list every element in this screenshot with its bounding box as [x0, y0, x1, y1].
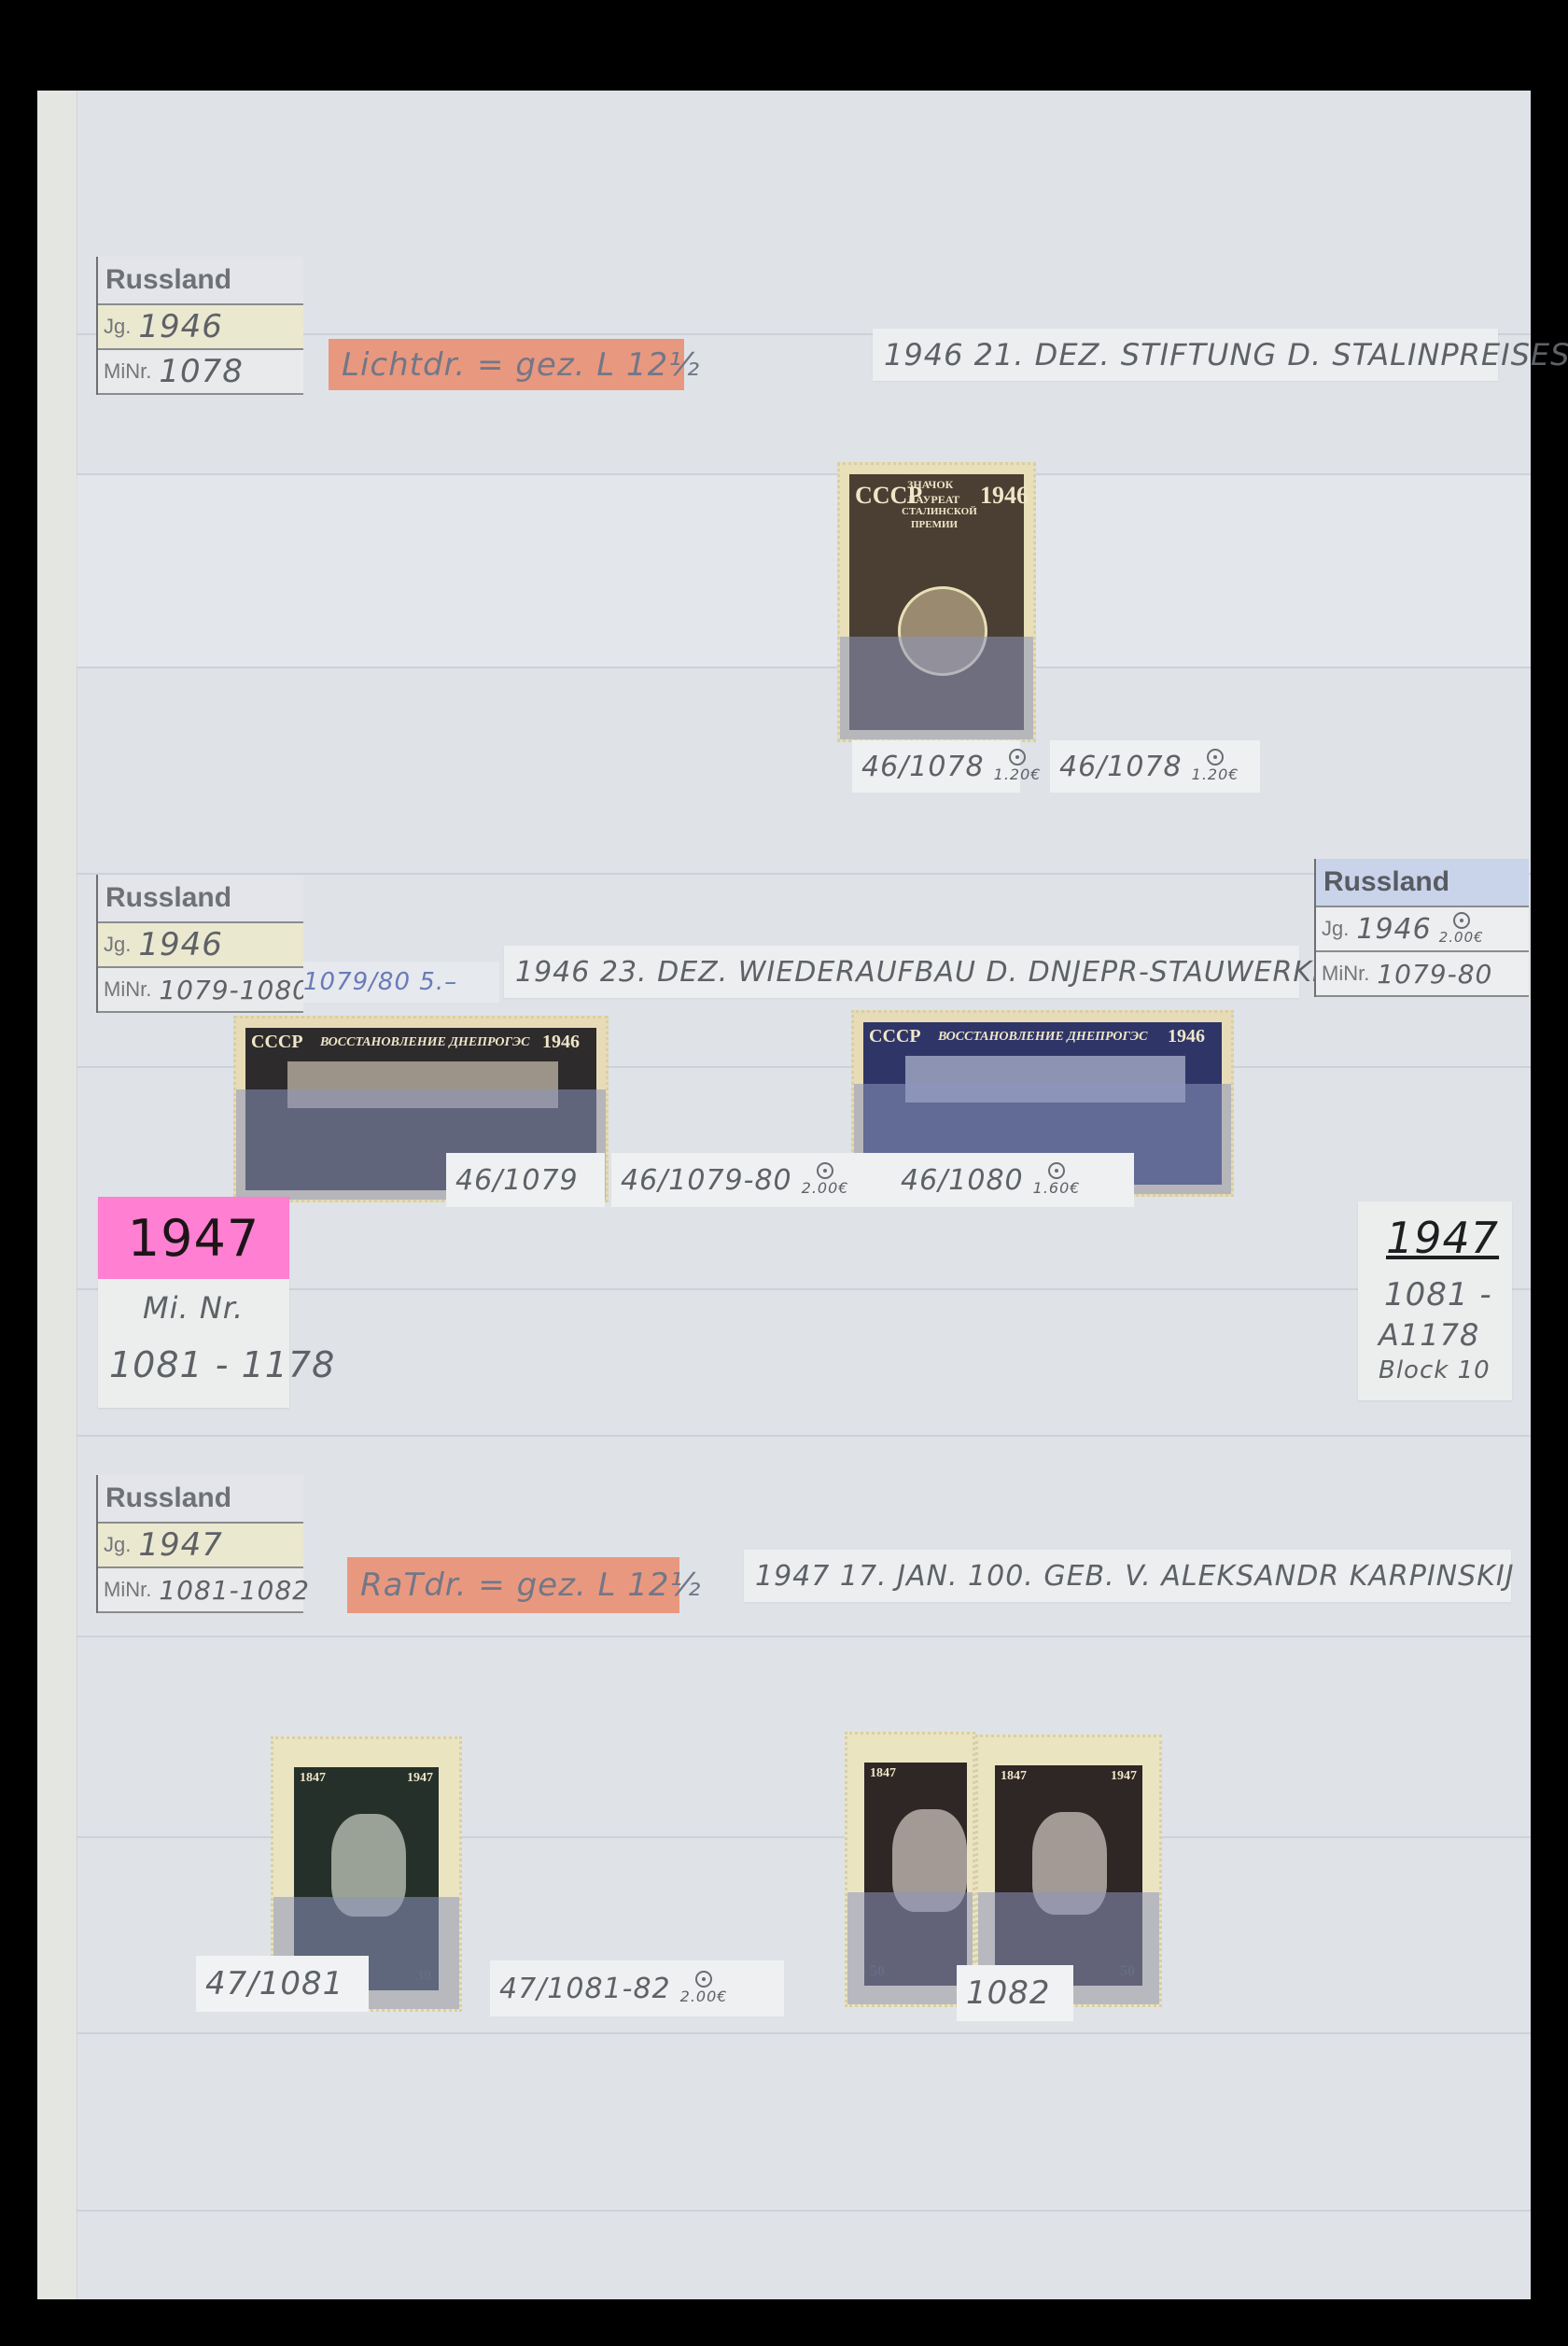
stamp-text: 1947 [1111, 1769, 1137, 1784]
note-price: 2.00€ [680, 1988, 728, 2006]
page-binding [37, 91, 77, 2299]
year-row: Jg. 1946 2.00€ [1316, 907, 1529, 952]
country-name: Russland [1316, 859, 1529, 907]
stamp-text: ЗНАЧОК [907, 478, 953, 492]
catalog-row: MiNr. 1081-1082 [98, 1568, 303, 1613]
issue-title: 1947 17. Jan. 100. Geb. v. Aleksandr Kar… [744, 1550, 1511, 1602]
country-name: Russland [98, 875, 303, 923]
catalog-value: 1079-80 [1377, 959, 1492, 990]
year-row: Jg. 1947 [98, 1524, 303, 1568]
glassine-overlay [847, 1892, 973, 2004]
catalog-row: MiNr. 1078 [98, 350, 303, 395]
strip-line [77, 1435, 1531, 1437]
note-price: 2.00€ [802, 1179, 849, 1198]
perforation-note: RaTdr. = gez. L 12½ [347, 1557, 679, 1613]
note-price: 1.20€ [994, 766, 1042, 784]
strip-line [77, 667, 1531, 668]
note-price-block: 1.60€ [1033, 1162, 1081, 1198]
used-mark-icon [817, 1162, 833, 1179]
country-label-1078: Russland Jg. 1946 MiNr. 1078 [96, 257, 303, 395]
year-row: Jg. 1946 [98, 305, 303, 350]
used-mark-icon [1453, 912, 1470, 929]
note-price-block: 2.00€ [802, 1162, 849, 1198]
country-name: Russland [98, 257, 303, 305]
note-number: 1082 [966, 1974, 1051, 2012]
strip-band [77, 475, 1531, 667]
stamp-text: 1947 [407, 1771, 433, 1786]
country-label-1079-1080: Russland Jg. 1946 MiNr. 1079-1080 [96, 875, 303, 1013]
year-key: Jg. [104, 315, 131, 339]
stamp-text: 1946 [542, 1032, 580, 1053]
price-note: 47/1081-82 2.00€ [490, 1960, 784, 2016]
catalog-row: MiNr. 1079-80 [1316, 952, 1529, 997]
catalog-key: MiNr. [104, 1578, 151, 1602]
note-number: 46/1078 [861, 751, 985, 783]
stamp-text: ЛАУРЕАТ [907, 493, 959, 507]
side-note-text: 1079/80 5.– [303, 968, 457, 996]
stamp-1082-left[interactable]: 1847 50 [845, 1732, 975, 2007]
year-key: Jg. [104, 933, 131, 957]
year-value: 1947 [138, 1526, 223, 1564]
year-extra-price: 2.00€ [1439, 929, 1484, 946]
year-marker-line3: Block 10 [1379, 1356, 1491, 1384]
year-marker-line2: 1081 - 1178 [109, 1344, 335, 1385]
used-mark-icon [1207, 749, 1224, 766]
catalog-key: MiNr. [104, 359, 151, 384]
catalog-value: 1079-1080 [159, 975, 310, 1005]
note-number: 47/1081 [205, 1965, 343, 2002]
note-price: 1.60€ [1033, 1179, 1081, 1198]
year-highlight: 1947 [98, 1197, 289, 1279]
issue-title-text: 1946 21. Dez. Stiftung d. Stalinpreises [884, 337, 1568, 372]
price-note: 46/1079 [446, 1153, 605, 1207]
note-number: 47/1081-82 [499, 1973, 671, 2005]
perforation-text: Lichtdr. = gez. L 12½ [342, 346, 700, 384]
note-price: 1.20€ [1192, 766, 1239, 784]
strip-line [77, 1288, 1531, 1290]
year-marker-right: 1947 1081 - A1178 Block 10 [1358, 1201, 1512, 1400]
stamp-text: ВОССТАНОВЛЕНИЕ ДНЕПРОГЭС [320, 1035, 529, 1050]
perforation-note: Lichtdr. = gez. L 12½ [329, 339, 684, 390]
year-marker-line1: Mi. Nr. [143, 1290, 244, 1326]
issue-title-text: 1946 23. Dez. Wiederaufbau d. Dnjepr-Sta… [515, 956, 1350, 989]
note-number: 46/1079-80 [621, 1164, 792, 1197]
stamp-text: СССР [251, 1032, 303, 1053]
used-mark-icon [1009, 749, 1026, 766]
catalog-value: 1078 [159, 353, 244, 390]
year-marker-year: 1947 [128, 1209, 259, 1268]
stamp-text: 1847 [300, 1771, 326, 1786]
strip-line [77, 1636, 1531, 1637]
issue-title-text: 1947 17. Jan. 100. Geb. v. Aleksandr Kar… [755, 1560, 1515, 1593]
note-price-block: 1.20€ [1192, 749, 1239, 784]
catalog-key: MiNr. [1322, 962, 1369, 986]
issue-title: 1946 23. Dez. Wiederaufbau d. Dnjepr-Sta… [504, 946, 1299, 998]
note-number: 46/1079 [455, 1164, 579, 1197]
country-label-right: Russland Jg. 1946 2.00€ MiNr. 1079-80 [1314, 859, 1529, 997]
stamp-text: СССР [869, 1026, 921, 1047]
year-value: 1946 [138, 308, 223, 345]
catalog-key: MiNr. [104, 977, 151, 1002]
note-price-block: 1.20€ [994, 749, 1042, 784]
stamp-text: 1847 [1001, 1769, 1027, 1784]
price-note: 47/1081 [196, 1956, 369, 2012]
used-mark-icon [695, 1971, 712, 1988]
perforation-text: RaTdr. = gez. L 12½ [360, 1566, 702, 1604]
price-note: 46/1079-80 2.00€ [611, 1153, 891, 1207]
price-note: 46/1080 1.60€ [891, 1153, 1134, 1207]
note-number: 46/1080 [901, 1164, 1024, 1197]
year-key: Jg. [1322, 917, 1349, 941]
country-name: Russland [98, 1475, 303, 1524]
used-mark-icon [1048, 1162, 1065, 1179]
price-note: 1082 [957, 1965, 1073, 2021]
stamp-1078[interactable]: СССР ЗНАЧОК ЛАУРЕАТ СТАЛИНСКОЙ ПРЕМИИ 19… [837, 462, 1036, 742]
note-price-block: 2.00€ [680, 1971, 728, 2006]
strip-line [77, 2032, 1531, 2034]
stamp-text: СТАЛИНСКОЙ [902, 506, 977, 517]
year-marker-left: 1947 Mi. Nr. 1081 - 1178 [98, 1197, 289, 1408]
year-marker-line1: 1081 - [1384, 1276, 1492, 1313]
catalog-row: MiNr. 1079-1080 [98, 968, 303, 1013]
stamp-text: 1946 [980, 482, 1029, 510]
side-note: 1079/80 5.– [303, 962, 499, 1003]
price-note: 46/1078 1.20€ [852, 740, 1020, 793]
year-key: Jg. [104, 1533, 131, 1557]
year-marker-line2: A1178 [1379, 1317, 1479, 1353]
issue-title: 1946 21. Dez. Stiftung d. Stalinpreises [873, 329, 1498, 381]
catalog-value: 1081-1082 [159, 1575, 310, 1606]
stamp-text: 1847 [870, 1766, 896, 1781]
year-row: Jg. 1946 [98, 923, 303, 968]
stamp-text: ВОССТАНОВЛЕНИЕ ДНЕПРОГЭС [938, 1030, 1147, 1045]
year-value: 1946 [1356, 913, 1431, 946]
year-extra: 2.00€ [1439, 912, 1484, 946]
year-marker-year: 1947 [1386, 1213, 1499, 1263]
glassine-overlay [840, 637, 1033, 739]
stamp-text: 1946 [1168, 1026, 1205, 1047]
price-note: 46/1078 1.20€ [1050, 740, 1260, 793]
stamp-text: ПРЕМИИ [911, 519, 958, 530]
country-label-1081-1082: Russland Jg. 1947 MiNr. 1081-1082 [96, 1475, 303, 1613]
year-value: 1946 [138, 926, 223, 963]
strip-line [77, 2210, 1531, 2212]
note-number: 46/1078 [1059, 751, 1183, 783]
